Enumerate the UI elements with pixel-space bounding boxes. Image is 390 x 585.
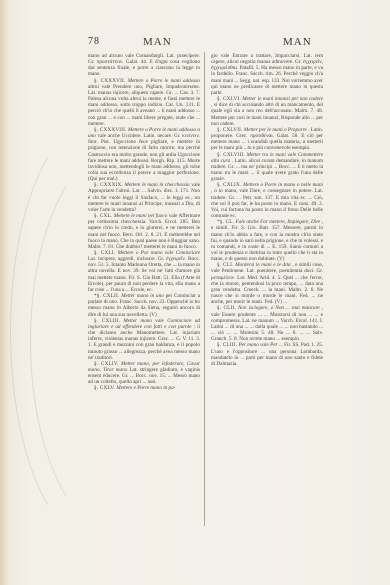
dictionary-entry: §. CXLIX. Mettere o Porre in mano o nell…	[211, 182, 323, 219]
entry-lemma: Mettere o Por mano vale Cominciare	[118, 250, 200, 256]
running-header: 78 MAN MAN	[88, 36, 336, 50]
header-right-guideword: MAN	[283, 36, 312, 48]
section-number: §. CXLIV.	[94, 361, 119, 367]
dictionary-entry: §. CXLVII. Metter per le mani o Proporre…	[211, 127, 323, 152]
section-number: §. CXXXVII.	[94, 78, 125, 84]
section-number: §. CXLIII.	[94, 318, 120, 324]
entry-text: ; il che diciamo anche Manomettere. Lat.…	[88, 324, 200, 361]
dictionary-entry: gio vale Entrare a trattare, Impacciarsi…	[211, 53, 323, 96]
entry-text: altrui vale Prendere uno, Pigliare, Impa…	[88, 84, 200, 127]
entry-lemma: Per mano vale Per	[238, 342, 277, 348]
left-column: mano ad alcuno vale Comandargli. Lat. pr…	[88, 53, 200, 392]
right-column: gio vale Entrare a trattare, Impacciarsi…	[211, 53, 323, 367]
dictionary-entry: *§. CL. Fale anche Far mettere, Impiegar…	[211, 219, 323, 262]
entry-text: , e simili. Fir. S. Gio. Batt. 157. Mess…	[211, 219, 323, 262]
entry-text: Lat. incipere, aggredi, inchoare. Gr. ἐγ…	[88, 256, 200, 293]
entry-text: mano ad alcuno vale Comandargli. Lat. pr…	[88, 53, 200, 77]
dictionary-entry: §. CLIII. Per mano vale Per ... Fir. SS.…	[211, 342, 323, 367]
entry-text: vale Affermare per certissima checchessi…	[88, 213, 200, 250]
dictionary-entry: §. CXXXVII. Mettere o Porre le mani addo…	[88, 78, 200, 127]
section-number: *§. CXLII.	[94, 293, 119, 299]
entry-lemma: Mettere le mani nel fuoco	[114, 213, 168, 219]
entry-lemma: Metter le mani innanzi per non cadere	[242, 96, 323, 102]
entry-text: vale anche Uccidere. Latin. necare. Gr. …	[88, 133, 200, 182]
entry-lemma: Mettere e Porre mano in pa-	[116, 385, 175, 391]
section-number: §. CXLVIII.	[217, 152, 245, 158]
dictionary-entry: §. CXLIII. Metter mano vale Cominciare a…	[88, 318, 200, 361]
dictionary-entry: §. CXLVI. Metter le mani innanzi per non…	[211, 96, 323, 127]
dictionary-entry: §. CXLIV. Metter mano, per Isfoderare, C…	[88, 361, 200, 386]
page-number: 78	[88, 36, 100, 47]
dictionary-entry: §. CXXXIX. Mettere le mani in checchessi…	[88, 182, 200, 213]
entry-text: gio vale Entrare a trattare, Impacciarsi…	[211, 53, 323, 96]
section-number: §. CXLIX.	[217, 182, 241, 188]
page-binding-edge	[0, 0, 8, 585]
section-number: §. CXLV.	[94, 385, 115, 391]
header-left-guideword: MAN	[143, 36, 172, 48]
dictionary-entry: mano ad alcuno vale Comandargli. Lat. pr…	[88, 53, 200, 78]
section-number: §. CLIII.	[217, 342, 237, 348]
entry-lemma: Mettere o Porre in mano o nelle mani	[243, 182, 323, 188]
entry-lemma: Mettere le mani in checchessia	[125, 182, 190, 188]
section-number: §. CXXXVIII.	[94, 127, 127, 133]
dictionary-entry: *§. CXLII. Metter mano in uno per Cominc…	[88, 293, 200, 318]
column-divider	[204, 52, 205, 526]
section-number: §. CXL.	[94, 213, 112, 219]
section-number: §. CLII.	[217, 305, 236, 311]
entry-text: , e simili cose, vale Pentirsene. Lat. p…	[211, 262, 323, 305]
section-number: §. CXXXIX.	[94, 182, 123, 188]
section-number: §. CXLI.	[94, 250, 115, 256]
dictionary-entry: §. CLI. Mordersi le mani e le dita , e s…	[211, 262, 323, 305]
entry-lemma: Metter per le mani o Proporre	[244, 127, 307, 133]
entry-text: , vale Essere prudente ... ... Mostrarsi…	[211, 305, 323, 342]
dictionary-entry: §. CXLV. Mettere e Porre mano in pa-	[88, 385, 200, 391]
section-number: *§. CL.	[217, 219, 234, 225]
entry-text: , si dice di chi accusando altri di un m…	[211, 102, 323, 126]
dictionary-entry: §. CXL. Mettere le mani nel fuoco vale A…	[88, 213, 200, 250]
section-number: §. CXLVI.	[217, 96, 241, 102]
dictionary-entry: §. CLII. Non isciogere, o Non ... mai ma…	[211, 305, 323, 342]
entry-text: , o in mano, vale Dare, e consegnare in …	[211, 188, 323, 219]
dictionary-entry: §. CXLI. Mettere o Por mano vale Cominci…	[88, 250, 200, 293]
dictionary-entry: §. CXLVIII. Metter tra le mani vale Comm…	[211, 152, 323, 183]
entry-lemma: Mettere o Porre le mani addosso	[128, 78, 200, 84]
entry-lemma: Metter mano in uno	[121, 293, 164, 299]
entry-lemma: Mordersi le mani e le dita	[235, 262, 290, 268]
dictionary-entry: §. CXXXVIII. Mettere o Porre le mani add…	[88, 127, 200, 182]
entry-lemma: Fale anche Far mettere, Impiegare, Dire	[236, 219, 321, 225]
entry-lemma: Non isciogere, o Non ... mai mancare	[238, 305, 320, 311]
section-number: §. CXLVII.	[217, 127, 243, 133]
section-number: §. CLI.	[217, 262, 234, 268]
